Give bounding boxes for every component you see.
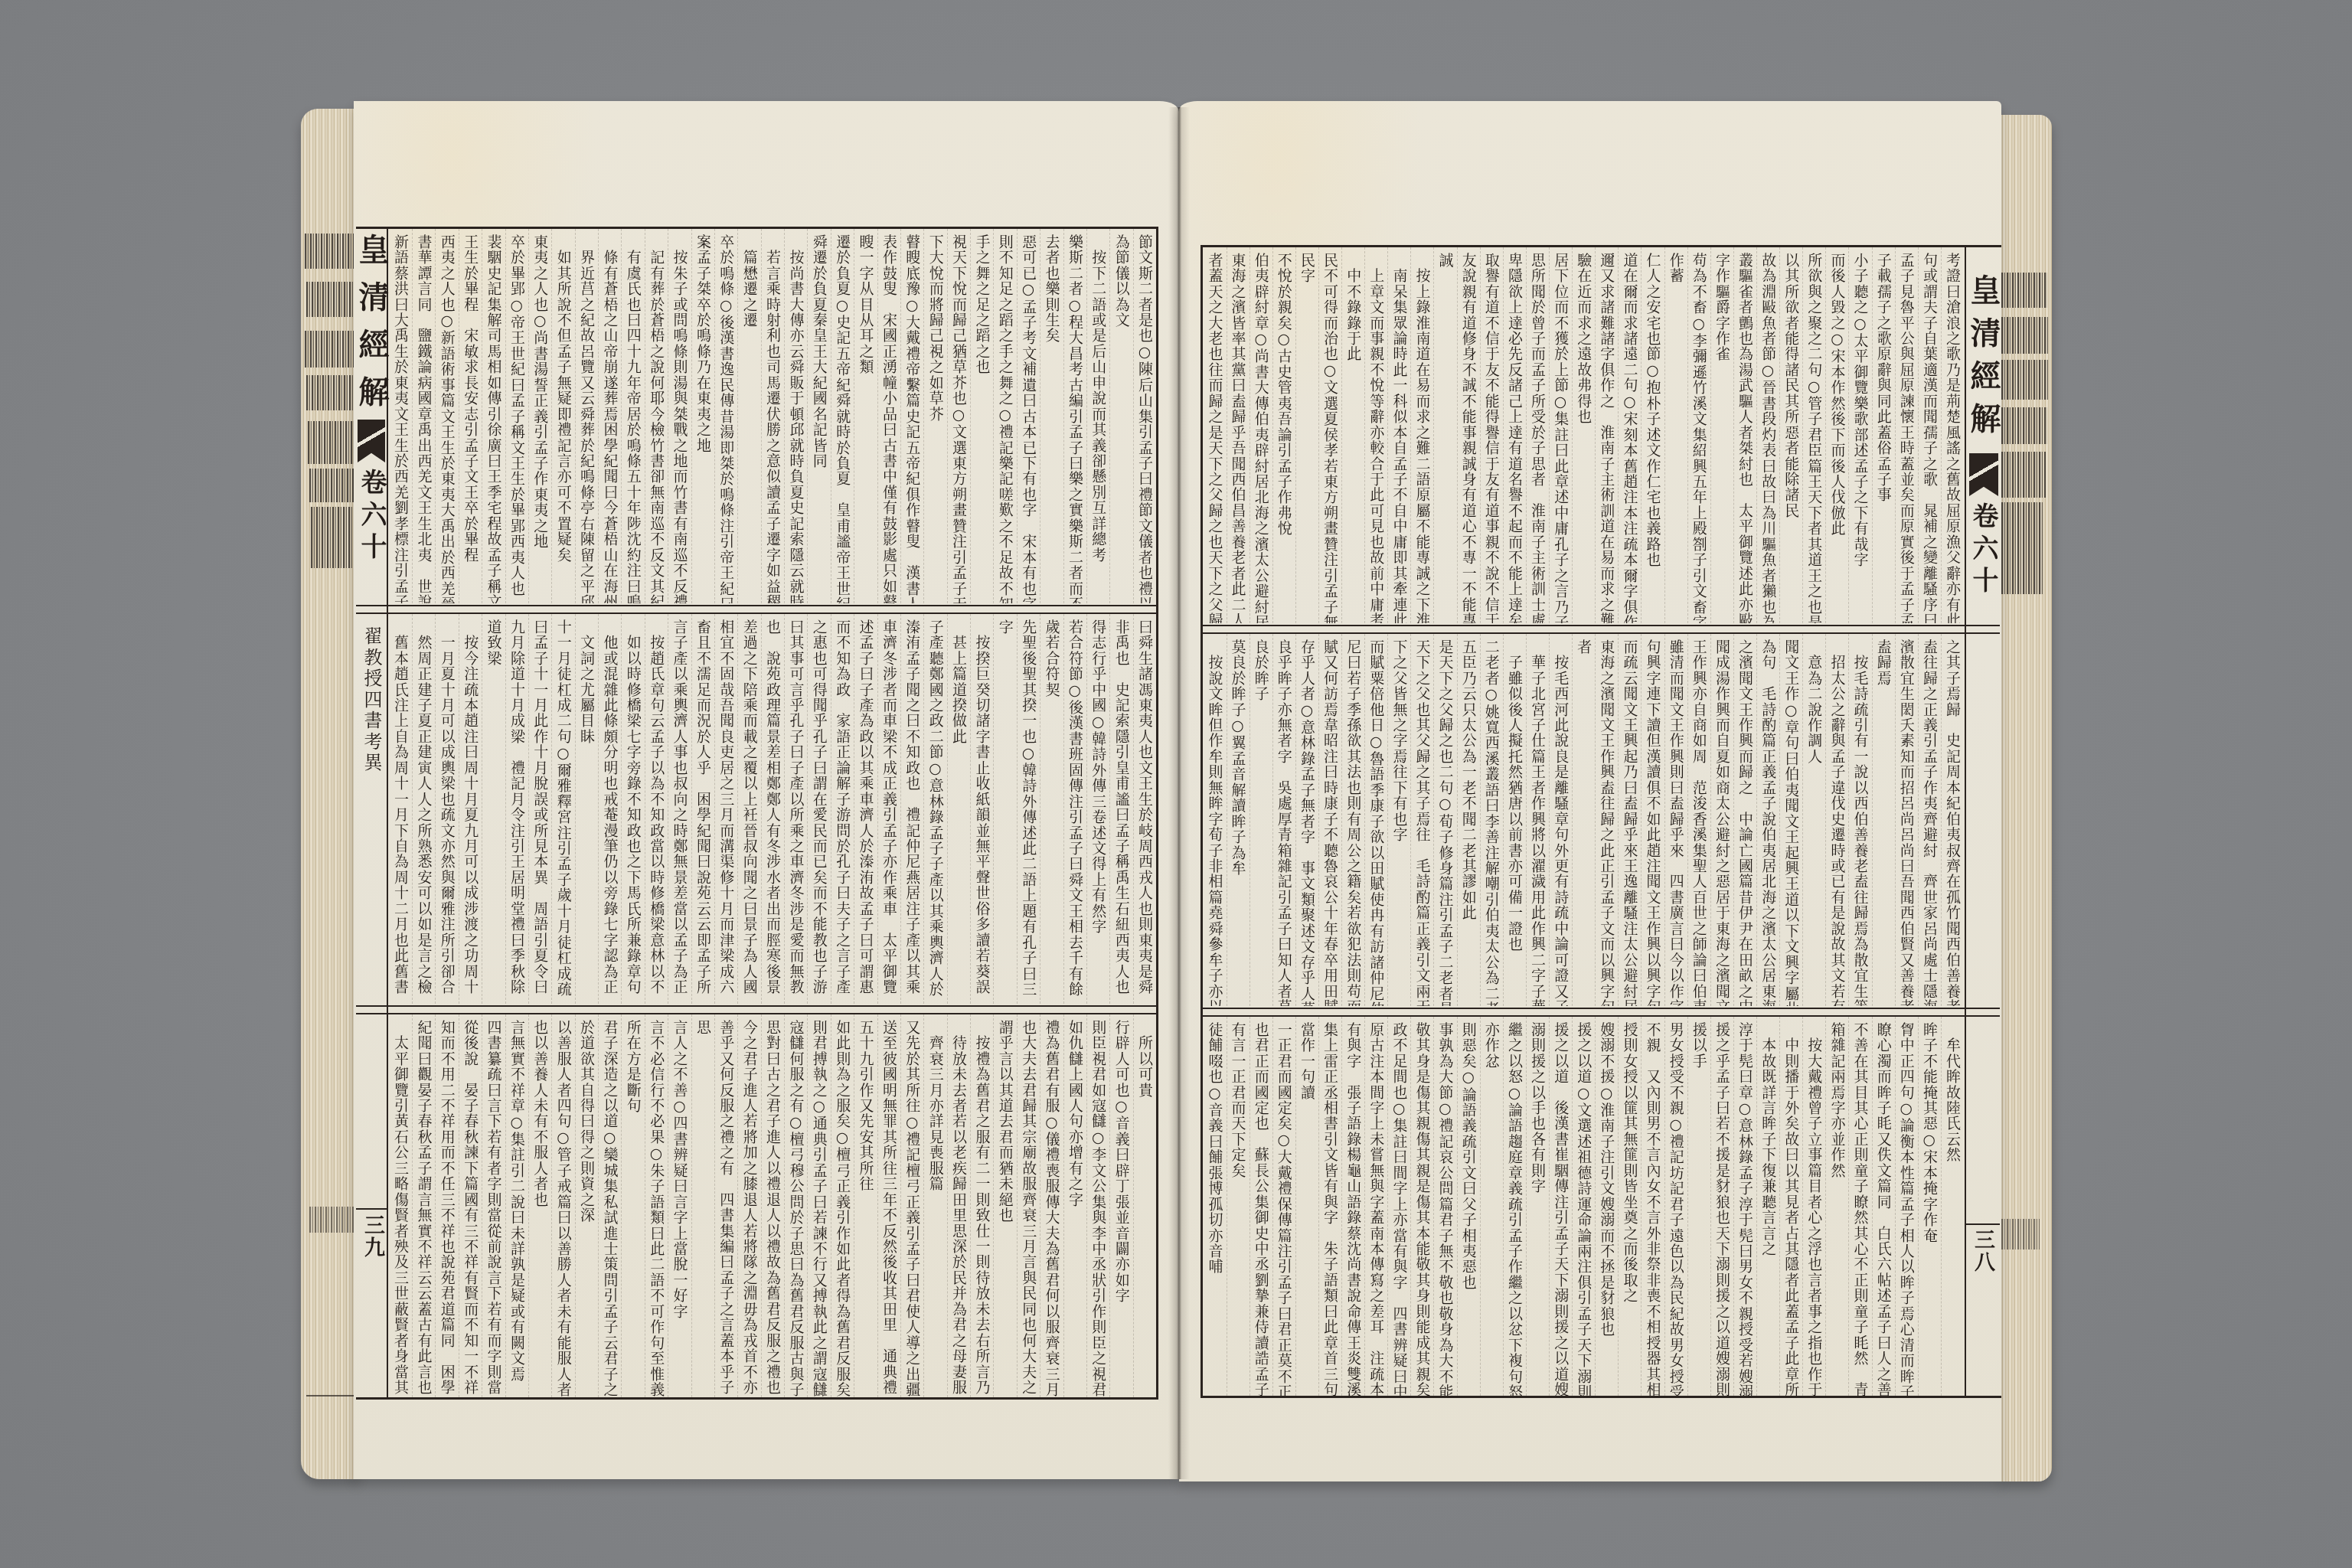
text-column: 而賦粟倍他日○魯語季康子欲以田賦使冉有訪諸仲尼仲	[1364, 634, 1387, 1006]
text-column: 君子深造之以道○欒城集私試進士策問引孟子云君子之	[598, 1014, 621, 1397]
text-column: 一正君而國定矣○大戴禮保傳篇注引孟子曰君正莫不正	[1272, 1017, 1295, 1396]
text-column: 邇又求諸難諸字俱作之 淮南子主術訓道在易而求之難	[1595, 247, 1618, 623]
text-column: 文詞之尤屬目眛	[575, 614, 598, 1004]
text-column: 曰孟子十一月此作十月脫誤或所見本異 周語引夏令曰	[528, 614, 551, 1004]
text-column: 取譽有道不信于友不能得譽信于友有道事親不說不信于	[1480, 247, 1503, 623]
text-column: 聞成湯作興而自夏如商太公避紂之惡居于東海之濱聞文	[1710, 634, 1733, 1006]
left-page-middle-register: 曰舜生諸馮東夷人也文王生於岐周西戎人也則東夷是舜非禹也 史記索隱引皇甫謐曰孟子稱…	[388, 614, 1156, 1004]
text-column: 差過之下陪乘而載之覆以上衽晉叔向聞之曰景子為人國	[737, 614, 760, 1004]
text-column: 小子聽之○太平御覽樂歌部述孟子之下有哉字	[1848, 247, 1871, 623]
text-column: 不親 又內則男不言內女不言外非祭非喪不相授器其相	[1641, 1017, 1664, 1396]
text-column: 瞍一字从目从耳之類	[854, 229, 877, 603]
text-column: 惡可已○孟子考文補遺曰古本已下有也字 宋本有也字	[1017, 229, 1040, 603]
left-spine-subtitle: 翟教授四書考異	[356, 626, 387, 774]
edge-print-mark	[2001, 317, 2049, 354]
text-column: 男女授受不親○禮記坊記君子遠色以為民紀故男女授受	[1664, 1017, 1687, 1396]
text-column: 之惠也可得聞乎孔子曰謂在愛民而已矣而不能教也子游	[807, 614, 830, 1004]
text-column: 界近莒之紀故呂覽又云舜葬於紀鳴條亭右陳留之平邱	[575, 229, 598, 603]
text-column: 若言乘時射利也司馬遷伏勝之意似讀孟子遷字如益稷	[761, 229, 784, 603]
register-divider	[1203, 1008, 2000, 1017]
text-column: 五十九引作又先安其所往	[854, 1014, 877, 1397]
text-column: 按毛詩疏引有一說以西伯善養老盍往歸焉為散宜生等	[1848, 634, 1871, 1006]
text-column: 言不必信行不必果○朱子語類曰此二語不可作句至惟義	[645, 1014, 668, 1397]
text-column: 援之以道○文選述祖德詩運命論兩注俱引孟子天下溺則	[1572, 1017, 1595, 1396]
text-column: 思所聞於曾子而孟子所受於子思者 淮南子主術訓士處	[1526, 247, 1549, 623]
text-column: 賦又何訪焉韋昭注曰時康子不聽魯哀公十年春卒用田賦	[1318, 634, 1341, 1006]
text-column: 而不知為政 家語正論解子游問於孔子曰夫子之言子產	[831, 614, 854, 1004]
text-column: 禮為舊君有服○儀禮喪服傳大夫為舊君何以服齊衰三月	[1040, 1014, 1063, 1397]
text-column: 友說親有道修身不誠不能事親誠身有道心不專一不能專	[1457, 247, 1480, 623]
text-column: 按大戴禮曾子立事篇目者心之浮也言者事之指也作于	[1802, 1017, 1825, 1396]
text-column: 尼曰若子季孫欲其法也則有周公之籍矣若欲犯法則苟而	[1341, 634, 1364, 1006]
text-column: 然周正建子夏正建寅人人之所熟悉安可以如是言之檢	[412, 614, 435, 1004]
text-column: 有與字 張子語錄楊龜山語錄蔡沈尚書說命傳王炎雙溪	[1341, 1017, 1364, 1396]
text-column: 溺則援之以手也各有則字	[1526, 1017, 1549, 1396]
text-column: 句興字連下讀但漢讀俱不如此趙注聞文王作興以興字句	[1641, 634, 1664, 1006]
right-page-number-rule	[1965, 1223, 2000, 1225]
text-column: 行辟人可也○音義曰辟丁張並音闢亦如字	[1109, 1014, 1132, 1397]
register-divider	[356, 605, 1156, 614]
text-column: 下之父皆無之字焉往下有也字	[1387, 634, 1410, 1006]
text-column: 甚上篇道揆做此	[947, 614, 970, 1004]
text-column: 則臣視君如寇讎○李文公集與李中丞狀引作則臣之視君	[1086, 1014, 1109, 1397]
text-column: 按尚書大傳亦云舜販于頓邱就時負夏史記索隱云就時	[784, 229, 807, 603]
text-column: 叢驅雀者鸇也為湯武驅人者桀紂也 太平御覽述此亦敺	[1733, 247, 1756, 623]
edge-print-mark	[306, 375, 355, 410]
text-column: 當作一句讀	[1295, 1017, 1318, 1396]
text-column: 所在方是斷句	[621, 1014, 644, 1397]
text-column: 集上雷正丞相書引文皆有與字 朱子語類曰此章首三句	[1318, 1017, 1341, 1396]
text-column: 子載孺子之歌原辭與同此蓋俗孟子事	[1872, 247, 1895, 623]
text-column: 條有蒼梧之山帝崩遂葬焉困學紀聞曰今蒼梧山在海州	[598, 229, 621, 603]
text-column: 二老者○姚寬西溪叢語曰李善注解嘲引伯夷太公為二老	[1480, 634, 1503, 1006]
text-column: 牟代眸故陸氏云然	[1941, 1017, 1964, 1396]
edge-print-mark	[2001, 502, 2044, 594]
text-column: 紀聞曰觀晏子春秋孟子謂言無實不祥云云蓋古有此言也	[412, 1014, 435, 1397]
text-column: 若合符節○後漢書班固傳注引孟子曰舜文王相去千有餘	[1063, 614, 1086, 1004]
text-column: 也大夫去君歸其宗廟故服齊衰三月言與民同也何大夫之	[1017, 1014, 1040, 1397]
text-column: 去者也樂則生矣	[1040, 229, 1063, 603]
text-column: 按上錄淮南道在易而求之難二語原屬不能專誠之下淮	[1410, 247, 1433, 623]
text-column: 招太公之辭與孟子違伐史遷時或已有是說故其文若有	[1825, 634, 1848, 1006]
text-column: 字作驅爵字作雀	[1710, 247, 1733, 623]
text-column: 按禮為舊君之服有二一則致仕一則待放未去右所言乃	[970, 1014, 993, 1397]
text-column: 他或混雜此條頗分明也戒菴漫筆仍以旁錄七字認為正	[598, 614, 621, 1004]
edge-print-mark	[2001, 273, 2047, 308]
text-column: 所以可貴	[1133, 1014, 1156, 1397]
text-column: 王作興亦自商如周 范浚香溪集聖人百世之師論曰伯夷	[1687, 634, 1710, 1006]
text-column: 表作鼓叟 宋國正湧幢小品曰古書中僅有鼓影處只如瞽	[877, 229, 900, 603]
text-column: 得志行乎中國○韓詩外傳三卷述文得上有然字	[1086, 614, 1109, 1004]
text-column: 也 說苑政理篇景差相鄭鄭人有冬涉水者出而脛寒後景	[761, 614, 784, 1004]
text-column: 篇懋遷之遷	[737, 229, 760, 603]
right-spine-title: 皇清經解	[1968, 274, 1998, 446]
text-column: 卒於畢郢○帝王世紀曰孟子稱文王生於畢郢西夷人也	[505, 229, 528, 603]
text-column: 道致梁	[482, 614, 505, 1004]
text-column: 民不可得而治也○文選夏侯孝若東方朔畫贊注引孟子無	[1318, 247, 1341, 623]
text-column: 相宜不固哉吾聞良吏居之三月而溝渠修十月而津梁成六	[714, 614, 737, 1004]
text-column: 言無實不祥章○集註引二說曰未詳孰是疑或有闕文焉	[505, 1014, 528, 1397]
text-column: 繼之以怒○論語趨庭章義疏引孟子作繼之以忿下複句怒	[1503, 1017, 1526, 1396]
text-column: 按說文眸但作牟則無眸字荀子非相篇堯舜參牟子亦以	[1203, 634, 1226, 1006]
text-column: 按毛西河此說良是離騷章句外更有詩疏中論可證又子	[1549, 634, 1572, 1006]
left-page-number: 三九	[357, 1214, 387, 1259]
register-divider	[356, 1005, 1156, 1014]
text-column: 是天下之父歸之也二句○荀子修身篇注引孟子二老者是	[1433, 634, 1456, 1006]
text-column: 莫良於眸子○翼孟音解讀眸子為牟	[1227, 634, 1249, 1006]
edge-print-mark	[305, 234, 355, 269]
text-column: 手之舞之足之蹈之也	[970, 229, 993, 603]
text-column: 存乎人者○意林錄孟子無者字 事文類聚述文存乎人莫	[1295, 634, 1318, 1006]
right-page-top-register: 考證曰滄浪之歌乃是荊楚風謠之舊故屈原漁父辭亦有此句或謂夫子自葉適漢而聞孺子之歌 …	[1203, 247, 1964, 623]
text-column: 之濱聞文王作興而歸之 中論亡國篇昔伊尹在田畝之中	[1733, 634, 1756, 1006]
text-column: 瞭心濁而眸子眊又佚文篇同 白氏六帖述孟子曰人之善	[1872, 1017, 1895, 1396]
right-spine-volume: 卷六十	[1968, 502, 1998, 599]
text-column: 苟為不畜○李彌遜竹溪文集紹興五年上殿劄子引文畜字	[1687, 247, 1710, 623]
text-column: 按趙氏章句云孟子以為不知政當以時修橋梁意林以不	[645, 614, 668, 1004]
text-column: 送至彼國明無罪其所往三年不反然後收其田里 通典禮	[877, 1014, 900, 1397]
text-column: 也以善養人未有不服人者也	[528, 1014, 551, 1397]
text-column: 則惡矣○論語義疏引文曰父子相夷惡也	[1457, 1017, 1480, 1396]
edge-print-mark	[2001, 407, 2047, 444]
text-column: 道在爾而求諸遠二句○宋刻本舊趙注本注疏本爾字俱作	[1618, 247, 1641, 623]
text-column: 盍往歸之正義引孟子作夷齊避紂 齊世家呂尚處士隱海	[1918, 634, 1941, 1006]
text-column: 下大悅而將歸己視之如草芥	[923, 229, 946, 603]
text-column: 歲若合符契	[1040, 614, 1063, 1004]
edge-print-mark	[309, 469, 355, 502]
text-column: 亦作忿	[1480, 1017, 1503, 1396]
register-divider	[1203, 625, 2000, 634]
edge-print-mark	[311, 507, 355, 568]
text-column: 十一月徒杠成二句○爾雅釋宮注引孟子歲十月徒杠成疏	[551, 614, 574, 1004]
text-column: 驗在近而求之遠故弗得也	[1572, 247, 1595, 623]
text-column: 中不錄錄于此	[1341, 247, 1364, 623]
text-column: 南呆集眾論時此一科似本自孟子不自中庸即其牽連此	[1387, 247, 1410, 623]
text-column: 王生於畢程 宋敏求長安志引孟子文王卒於畢程	[459, 229, 482, 603]
text-column: 濱散宜生閎夭素知而招呂尚呂尚曰吾聞西伯賢又善養老	[1895, 634, 1918, 1006]
text-column: 字	[993, 614, 1016, 1004]
text-column: 畜且不濡足而況於人乎 困學紀聞曰說苑云云即孟子所	[691, 614, 714, 1004]
text-column: 有言一正君而天下定矣	[1227, 1017, 1249, 1396]
text-column: 眸子不能掩其惡○宋本掩字作奄	[1918, 1017, 1941, 1396]
text-column: 有虞氏也曰四十九年帝居於鳴條五十年陟沈約注曰鳴	[621, 229, 644, 603]
text-column: 上章文而事親不悅等辭亦較合于此可見也故前中庸考	[1364, 247, 1387, 623]
text-column: 授則女授以篚其無篚則皆坐奠之而後取之	[1618, 1017, 1641, 1396]
text-column: 而疏云聞文王興起乃曰盍歸乎來王逸離騷注太公避紂居	[1618, 634, 1641, 1006]
text-column: 敬其身是傷其親傷其親是傷其本能敬其身則能成其親矣	[1410, 1017, 1433, 1396]
text-column: 四書纂疏曰言下若有者字則當從前說言下若有而字則當	[482, 1014, 505, 1397]
left-page-top-register: 節文斯二者是也○陳后山集引孟子曰禮節文儀者也禮以為節儀以為文 按下二語或是后山申…	[388, 229, 1156, 603]
right-page-number: 三八	[1967, 1229, 1998, 1273]
text-column: 則不知足之蹈之手之舞之○禮記樂記嗟歎之不足故不知	[993, 229, 1016, 603]
text-column: 思對曰古之君子進人以禮退人以禮故為舊君反服之禮也	[761, 1014, 784, 1397]
edge-print-mark	[2001, 360, 2049, 400]
text-column: 孟子見魯平公與屈原諫懷王時蓋並矣而原實後于孟子孟	[1895, 247, 1918, 623]
text-column: 良乎眸子亦無者字 吳處厚青箱雜記引孟子曰知人者莫	[1272, 634, 1295, 1006]
text-column: 待放未去者若以老疾歸田里思深於民并為君之母妻服	[947, 1014, 970, 1397]
text-column: 車濟冬涉者而車梁不成正義引孟子亦作乘車 太平御覽	[877, 614, 900, 1004]
text-column: 天下之父也其父歸之其子焉往 毛詩酌篇正義引文兩天	[1410, 634, 1433, 1006]
left-page-number-rule	[356, 1208, 387, 1210]
text-column: 曰舜生諸馮東夷人也文王生於岐周西戎人也則東夷是舜	[1133, 614, 1156, 1004]
text-column: 不善在其目其心正則童子瞭然其心不正則童子眊然 青	[1848, 1017, 1871, 1396]
edge-print-mark	[305, 331, 355, 367]
text-column: 瞽瞍底豫○大戴禮帝繫篇史記五帝紀俱作瞽叟 漢書人	[900, 229, 923, 603]
text-column: 者	[1572, 634, 1595, 1006]
text-column: 一月夏十月可以成輿梁也疏文亦然與爾雅注所引卻合	[435, 614, 458, 1004]
text-column: 考證曰滄浪之歌乃是荊楚風謠之舊故屈原漁父辭亦有此	[1941, 247, 1964, 623]
text-column: 樂斯二者○程大昌考古編引孟子曰樂之實樂斯二者而不	[1063, 229, 1086, 603]
text-column: 誠	[1433, 247, 1456, 623]
text-column: 如此則為之服矣○檀弓正義引作如此者得為舊君反服矣	[831, 1014, 854, 1397]
edge-print-mark	[308, 421, 355, 464]
text-column: 嫂溺不援○淮南子注引文嫂溺而不拯是豺狼也	[1595, 1017, 1618, 1396]
text-column: 節文斯二者是也○陳后山集引孟子曰禮節文儀者也禮以	[1133, 229, 1156, 603]
text-column: 援之以道 後漢書崔駰傳注引孟子天下溺則援之以道嫂	[1549, 1017, 1572, 1396]
text-column: 援以手	[1687, 1017, 1710, 1396]
text-column: 五臣乃云只太公為一老不聞二老其謬如此	[1457, 634, 1480, 1006]
left-spine-volume: 卷六十	[356, 469, 387, 565]
text-column: 齊衰三月亦詳見喪服篇	[923, 1014, 946, 1397]
text-column: 中則播于外矣故曰以其見者占其隱者此蓋孟子此章所	[1779, 1017, 1802, 1396]
text-column: 知而不用二不祥用而不任三不祥也說苑君道篇同 困學	[435, 1014, 458, 1397]
text-column: 意為二說作調人	[1802, 634, 1825, 1006]
edge-print-mark	[2001, 452, 2046, 498]
text-column: 記有葬於蒼梧之說何耶今檢竹書卻無南巡不反文其紀	[645, 229, 668, 603]
text-column: 視天下悅而歸己猶草芥也○文選東方朔畫贊注引孟子天	[947, 229, 970, 603]
text-column: 謂乎言以其道去君而猶未絕也	[993, 1014, 1016, 1397]
text-column: 以善服人者四句○管子戒篇曰以善勝人者未有能服人者	[551, 1014, 574, 1397]
text-column: 子雖似後人擬托然猶唐以前書亦可備一證也	[1503, 634, 1526, 1006]
text-column: 裴駰史記集解司馬相如傳引徐廣曰王季宅程故孟子稱文	[482, 229, 505, 603]
left-page-bottom-register: 所以可貴行辟人可也○音義曰辟丁張並音闢亦如字則臣視君如寇讎○李文公集與李中丞狀引…	[388, 1014, 1156, 1397]
text-column: 聞文王作○章句曰伯夷聞文王起興王道以下文興字屬此	[1779, 634, 1802, 1006]
text-column: 淳于髡曰章○意林錄孟子淳于髡曰男女不親授受若嫂溺	[1733, 1017, 1756, 1396]
text-column: 西夷之人也○新語術事篇文王生於東夷大禹出於西羌晉	[435, 229, 458, 603]
text-column: 卒於鳴條○後漢書逸民傳昔湯即桀於鳴條注引帝王紀曰	[714, 229, 737, 603]
text-column: 為節儀以為文	[1109, 229, 1132, 603]
text-column: 良於眸子	[1249, 634, 1272, 1006]
text-column: 曰其事可言乎孔子曰子產以所乘之車濟冬涉是愛而無教	[784, 614, 807, 1004]
text-column: 新語蔡洪曰大禹生於東夷文王生於西羌劉孝標注引孟子	[389, 229, 412, 603]
text-column: 東海之濱聞文王作興盍往歸之此正引孟子文而以興字句	[1595, 634, 1618, 1006]
text-column: 故為淵敺魚者節○晉書段灼表曰故曰為川驅魚者獺也為	[1756, 247, 1779, 623]
text-column: 原古注本間字上未嘗無與字蓋南本傳寫之差耳 注疏本	[1364, 1017, 1387, 1396]
text-column: 句或謂夫子自葉適漢而聞孺子之歌 晁補之變離騷序曰	[1918, 247, 1941, 623]
text-column: 遷於負夏○史記五帝紀舜就時於負夏 皇甫謐帝王世紀	[831, 229, 854, 603]
text-column: 徒餔啜也○音義曰餔張博孤切亦音哺	[1203, 1017, 1226, 1396]
text-column: 如以時修橋梁七字旁錄不知政也之下馬氏所兼錄章句	[621, 614, 644, 1004]
text-column: 九月除道十月成梁 禮記月令注引王居明堂禮曰季秋除	[505, 614, 528, 1004]
text-column: 援之乎孟子曰若不援是豺狼也天下溺則援之以道嫂溺則	[1710, 1017, 1733, 1396]
text-column: 按朱子或問鳴條則湯與桀戰之地而竹書有南巡不反禮	[668, 229, 691, 603]
text-column: 箱雜記兩焉字亦並作然	[1825, 1017, 1848, 1396]
text-column: 如其所說不但孟子無疑即禮記言亦可不置疑矣	[551, 229, 574, 603]
text-column: 所欲與之聚之二句○管子君臣篇王天下者其道王之也是	[1802, 247, 1825, 623]
text-column: 言子產以乘輿濟人事也叔向之時鄭無景差當以孟子為正	[668, 614, 691, 1004]
right-page-bottom-register: 牟代眸故陸氏云然眸子不能掩其惡○宋本掩字作奄胷中正四句○論衡本性篇孟子相人以眸子…	[1203, 1017, 1964, 1396]
text-column: 民字	[1295, 247, 1318, 623]
text-column: 善乎又何反服之禮之有 四書集編曰孟子之言蓋本乎子	[714, 1014, 737, 1397]
edge-frame-line	[306, 1395, 357, 1396]
text-column: 仁人之安宅也節○抱朴子述文作仁宅也義路也	[1641, 247, 1664, 623]
text-column: 事孰為大節○禮記哀公問篇君子無不敬也敬身為大不能	[1433, 1017, 1456, 1396]
edge-print-mark	[2001, 1219, 2040, 1249]
text-column: 者蓋天之大老也往而歸之是天下之父歸之也天下之父歸	[1203, 247, 1226, 623]
text-column: 政不足間也○集註曰間字上亦當有與字 四書辨疑曰中	[1387, 1017, 1410, 1396]
text-column: 作蓄	[1664, 247, 1687, 623]
text-column: 伯夷辟紂章○尚書大傳伯夷辟紂居北海之濱太公避紂居	[1249, 247, 1272, 623]
text-column: 從後說 晏子春秋諫下篇國有三不祥有賢而不知一不祥	[459, 1014, 482, 1397]
text-column: 舊本趙氏注上自為周十一月下自為周十二月也此舊書	[389, 614, 412, 1004]
text-column: 又先於其所往○禮記檀弓正義引孟子曰君使人導之出疆	[900, 1014, 923, 1397]
text-column: 按下二語或是后山申說而其義卻懸別互詳總考	[1086, 229, 1109, 603]
text-column: 東海之濱皆率其黨曰盍歸乎吾聞西伯昌善養老者此二人	[1227, 247, 1249, 623]
text-column: 非禹也 史記索隱引皇甫謐曰孟子稱禹生石紐西夷人也	[1109, 614, 1132, 1004]
text-column: 今之君子進人若將加之膝退人若將隊之淵毋為戎首不亦	[737, 1014, 760, 1397]
text-column: 之其子焉歸 史記周本紀伯夷叔齊在孤竹聞西伯善養老	[1941, 634, 1964, 1006]
text-column: 東夷之人也○尚書湯誓正義引孟子作東夷之地	[528, 229, 551, 603]
text-column: 而後人毀之○宋本作然後下而後人伐倣此	[1825, 247, 1848, 623]
text-column: 言人之不善○四書辨疑曰言字上當脫一好字	[668, 1014, 691, 1397]
text-column: 先聖後聖其揆一也○韓詩外傳述此二語上題有孔子曰三	[1017, 614, 1040, 1004]
text-column: 書華譚言同 鹽鐵論病國章禹出西羌文王生北夷 世說	[412, 229, 435, 603]
text-column: 太平御覽引黃石公三略傷賢者殃及三世蔽賢者身當其	[389, 1014, 412, 1397]
text-column: 雖清而聞文王作興則曰盍歸乎來 四書廣言曰今以作字	[1664, 634, 1687, 1006]
left-spine-title: 皇清經解	[356, 234, 387, 423]
text-column: 案孟子桀卒於鳴條乃在東夷之地	[691, 229, 714, 603]
text-column: 舜遷於負夏秦皇王大紀國名記皆同	[807, 229, 830, 603]
text-column: 不悅於親矣○古史管夷吾論引孟子作弗悅	[1272, 247, 1295, 623]
right-page-middle-register: 之其子焉歸 史記周本紀伯夷叔齊在孤竹聞西伯善養老盍往歸之正義引孟子作夷齊避紂 齊…	[1203, 634, 1964, 1006]
text-column: 則君搏執之○通典引孟子曰若諫不行又搏執此之謂寇讎	[807, 1014, 830, 1397]
edge-print-mark	[306, 282, 355, 317]
text-column: 述孟子曰子產為政以其乘車濟人於溱洧故孟子曰可謂惠	[854, 614, 877, 1004]
text-column: 為句 毛詩酌篇正義孟子說伯夷居北海之濱太公居東海	[1756, 634, 1779, 1006]
text-column: 如仇讎上國人句亦增有之字	[1063, 1014, 1086, 1397]
text-column: 思	[691, 1014, 714, 1397]
text-column: 也君正而國定也 蘇長公集御史中丞劉摯兼侍讀誥孟子	[1249, 1017, 1272, 1396]
text-column: 於道欲其自得曰得之則資之深	[575, 1014, 598, 1397]
text-column: 居下位而不獲於上節○集註曰此章述中庸孔子之言乃子	[1549, 247, 1572, 623]
text-column: 胷中正四句○論衡本性篇孟子相人以眸子焉心清而眸子	[1895, 1017, 1918, 1396]
edge-print-mark	[309, 1207, 355, 1233]
text-column: 以其所欲者能得諸民其所惡者能除諸民	[1779, 247, 1802, 623]
text-column: 按揆巨癸切諸字書止收紙韻並無平聲世俗多讀若葵誤	[970, 614, 993, 1004]
text-column: 本故既詳言眸子下復兼聽言言之	[1756, 1017, 1779, 1396]
text-column: 子產聽鄭國之政二節○意林錄孟子子產以其乘輿濟人於	[923, 614, 946, 1004]
text-column: 華子北宮子仕篇王者作興將以濯濊用此作興二字子華	[1526, 634, 1549, 1006]
text-column: 盍歸焉	[1872, 634, 1895, 1006]
text-column: 卑隱欲上達必先反諸己上達有道名譽不起而不能上達矣	[1503, 247, 1526, 623]
book-gutter-shadow	[1168, 107, 1190, 1479]
text-column: 寇讎何服之有○檀弓穆公問於子思曰為舊君反服古與子	[784, 1014, 807, 1397]
text-column: 按今注疏本趙注曰周十月夏九月可以成涉渡之功周十	[459, 614, 482, 1004]
text-column: 溱洧孟子聞之曰不知政也 禮記仲尼燕居注子產以其乘	[900, 614, 923, 1004]
